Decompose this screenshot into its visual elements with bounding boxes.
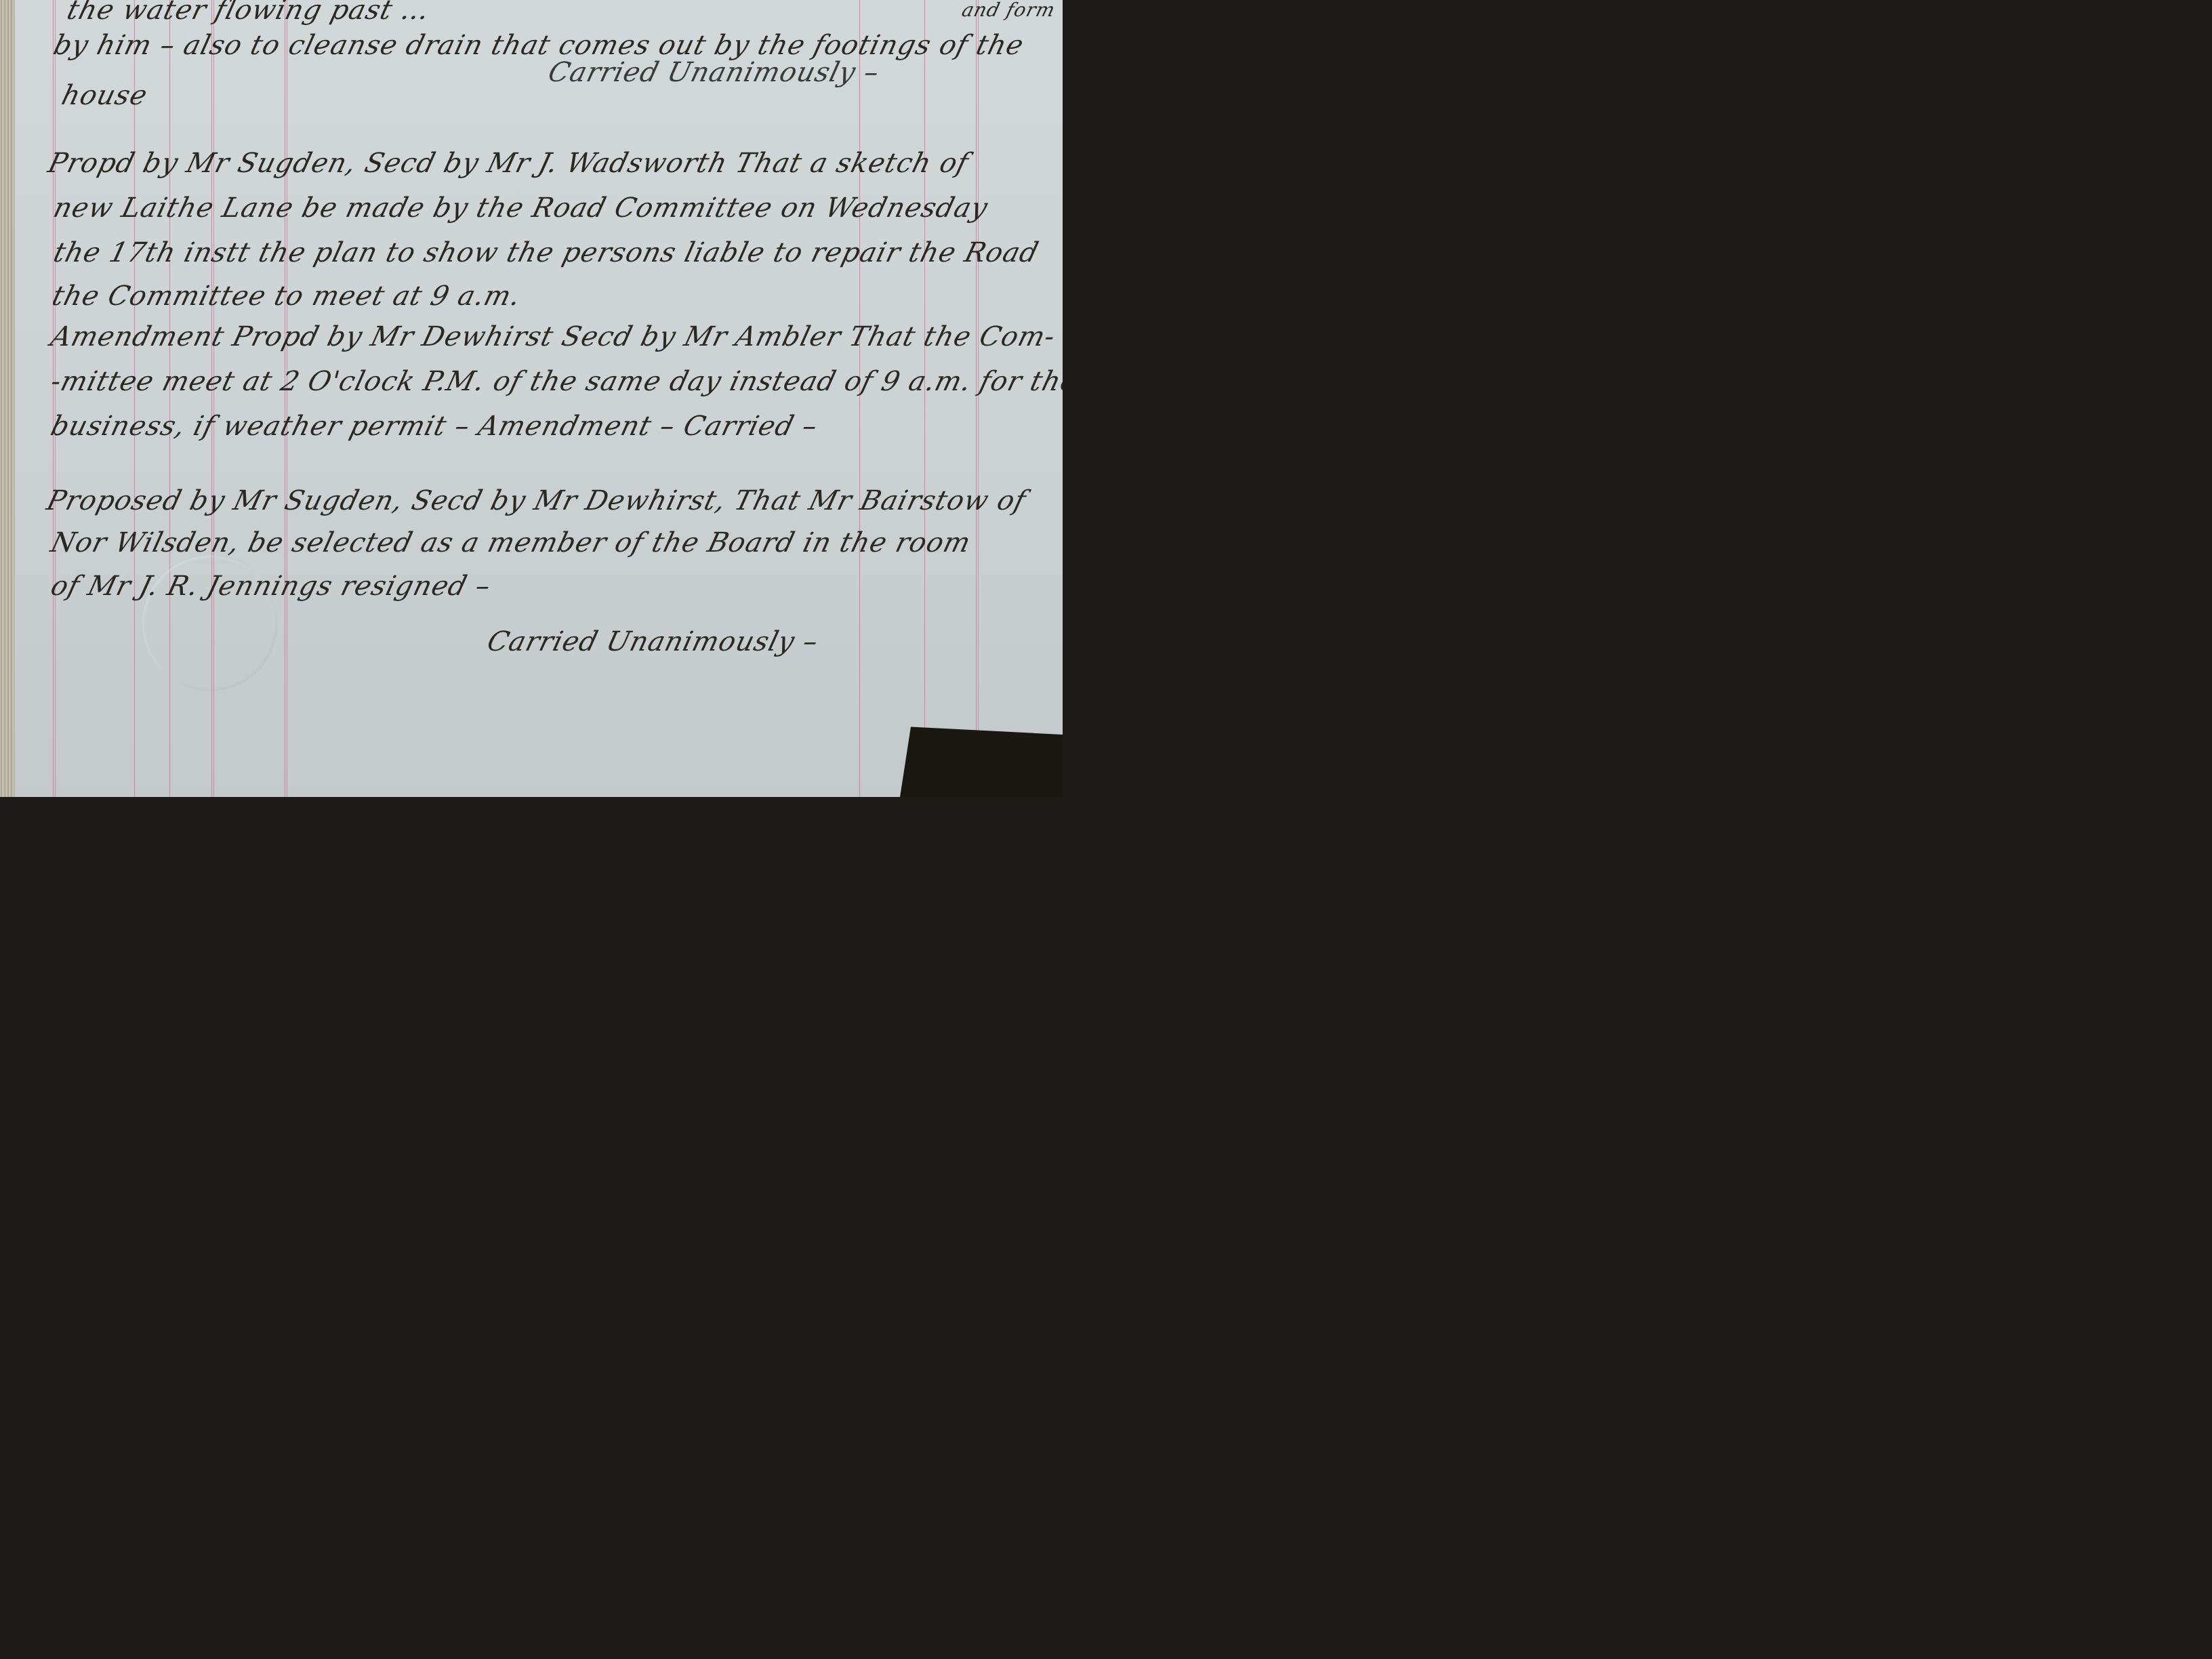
page-stack-edge bbox=[0, 0, 15, 797]
carried-unanimously: Carried Unanimously – bbox=[545, 57, 882, 88]
minutes-line: house bbox=[58, 80, 150, 111]
column-rule bbox=[285, 0, 285, 797]
column-rule bbox=[134, 0, 135, 797]
minutes-line: Propd by Mr Sugden, Secd by Mr J. Wadswo… bbox=[45, 148, 972, 179]
minutes-line: new Laithe Lane be made by the Road Comm… bbox=[50, 192, 991, 224]
minutes-line: the water flowing past … bbox=[64, 0, 433, 26]
minutes-line: of Mr J. R. Jennings resigned – bbox=[47, 571, 494, 602]
book-cover-shadow bbox=[846, 641, 1063, 797]
minutes-line: the Committee to meet at 9 a.m. bbox=[49, 281, 524, 312]
margin-rule bbox=[53, 0, 54, 797]
column-rule bbox=[976, 0, 977, 797]
column-rule bbox=[924, 0, 925, 797]
margin-fragment: and form bbox=[960, 0, 1058, 21]
column-rule bbox=[859, 0, 860, 797]
minutes-line: Nor Wilsden, be selected as a member of … bbox=[47, 527, 974, 558]
ledger-page: the water flowing past … and form by him… bbox=[0, 0, 1063, 797]
amendment-line: Amendment Propd by Mr Dewhirst Secd by M… bbox=[47, 321, 1059, 352]
minutes-line: Proposed by Mr Sugden, Secd by Mr Dewhir… bbox=[43, 485, 1029, 516]
minutes-line: the 17th instt the plan to show the pers… bbox=[50, 237, 1042, 268]
carried-unanimously: Carried Unanimously – bbox=[484, 626, 821, 657]
amendment-line: business, if weather permit – Amendment … bbox=[47, 411, 821, 442]
amendment-line: -mittee meet at 2 O'clock P.M. of the sa… bbox=[47, 366, 1063, 397]
